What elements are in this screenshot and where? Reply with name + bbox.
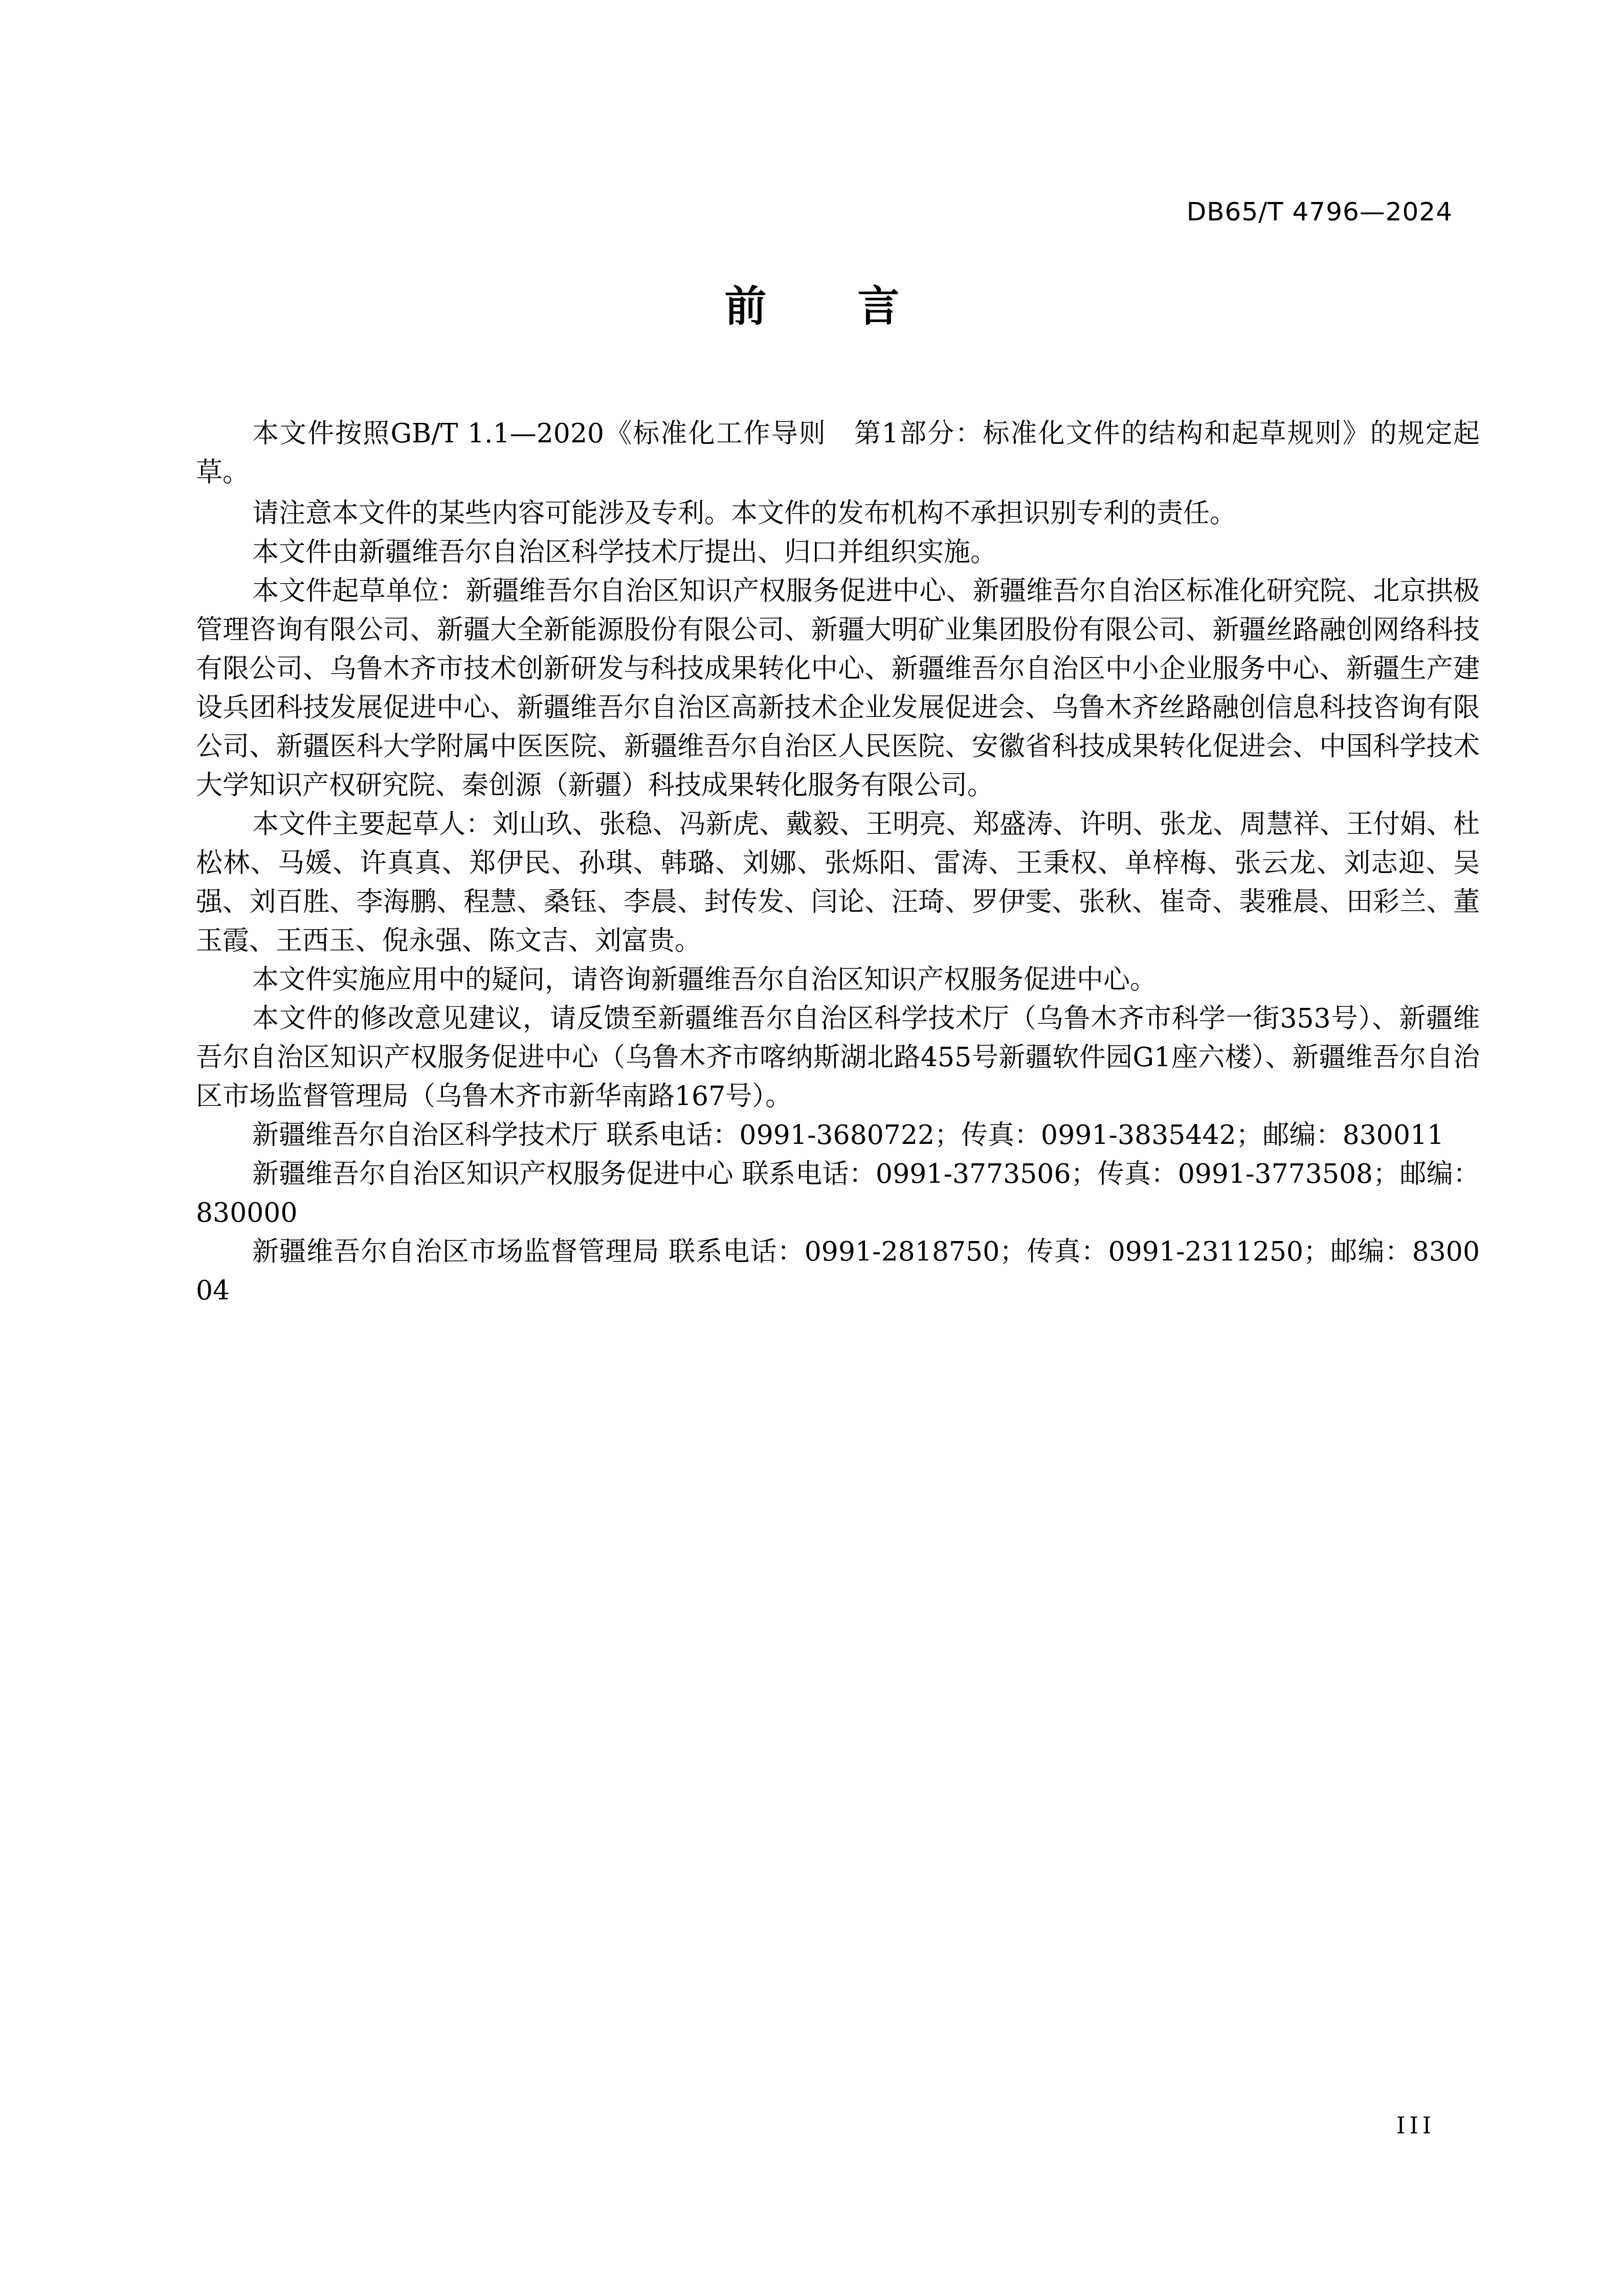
title-char-1: 前 xyxy=(724,282,766,331)
phone-label: 联系电话： xyxy=(742,1159,876,1189)
postcode: 830000 xyxy=(196,1198,298,1228)
postcode-label: 邮编： xyxy=(1330,1236,1412,1267)
postcode-label: 邮编： xyxy=(1263,1120,1343,1151)
fax-label: 传真： xyxy=(1098,1159,1178,1189)
fax-number: 0991-3835442 xyxy=(1041,1120,1236,1151)
contact-org: 新疆维吾尔自治区科学技术厅 xyxy=(252,1120,598,1151)
page-title: 前言 xyxy=(0,279,1624,335)
contact-org: 新疆维吾尔自治区市场监督管理局 xyxy=(252,1236,660,1267)
document-page: DB65/T 4796—2024 前言 本文件按照GB/T 1.1—2020《标… xyxy=(0,0,1624,2296)
paragraph-feedback: 本文件的修改意见建议，请反馈至新疆维吾尔自治区科学技术厅（乌鲁木齐市科学一街35… xyxy=(196,999,1480,1116)
paragraph-drafting-units: 本文件起草单位：新疆维吾尔自治区知识产权服务促进中心、新疆维吾尔自治区标准化研究… xyxy=(196,572,1480,805)
paragraph-drafting-rules: 本文件按照GB/T 1.1—2020《标准化工作导则 第1部分：标准化文件的结构… xyxy=(196,414,1480,492)
postcode-label: 邮编： xyxy=(1399,1159,1480,1189)
paragraph-patent-notice: 请注意本文件的某些内容可能涉及专利。本文件的发布机构不承担识别专利的责任。 xyxy=(196,494,1480,533)
fax-number: 0991-3773508 xyxy=(1178,1159,1373,1189)
foreword-body: 本文件按照GB/T 1.1—2020《标准化工作导则 第1部分：标准化文件的结构… xyxy=(196,414,1480,1310)
fax-number: 0991-2311250 xyxy=(1108,1236,1304,1267)
phone-number: 0991-3680722 xyxy=(740,1120,935,1151)
paragraph-main-drafters: 本文件主要起草人：刘山玖、张稳、冯新虎、戴毅、王明亮、郑盛涛、许明、张龙、周慧祥… xyxy=(196,805,1480,960)
page-number: III xyxy=(1396,2111,1435,2142)
phone-label: 联系电话： xyxy=(607,1120,740,1151)
postcode: 830011 xyxy=(1343,1120,1444,1151)
document-code-header: DB65/T 4796—2024 xyxy=(1187,196,1453,227)
phone-number: 0991-2818750 xyxy=(805,1236,1000,1267)
contact-line-science-tech-dept: 新疆维吾尔自治区科学技术厅 联系电话：0991-3680722；传真：0991-… xyxy=(196,1116,1480,1155)
phone-label: 联系电话： xyxy=(669,1236,805,1267)
fax-label: 传真： xyxy=(961,1120,1041,1151)
contact-org: 新疆维吾尔自治区知识产权服务促进中心 xyxy=(252,1159,733,1189)
paragraph-inquiries: 本文件实施应用中的疑问，请咨询新疆维吾尔自治区知识产权服务促进中心。 xyxy=(196,960,1480,999)
title-char-2: 言 xyxy=(858,282,900,331)
phone-number: 0991-3773506 xyxy=(876,1159,1071,1189)
contact-line-market-supervision: 新疆维吾尔自治区市场监督管理局 联系电话：0991-2818750；传真：099… xyxy=(196,1232,1480,1310)
contact-line-ip-center: 新疆维吾尔自治区知识产权服务促进中心 联系电话：0991-3773506；传真：… xyxy=(196,1155,1480,1232)
paragraph-proposer: 本文件由新疆维吾尔自治区科学技术厅提出、归口并组织实施。 xyxy=(196,533,1480,572)
fax-label: 传真： xyxy=(1026,1236,1108,1267)
